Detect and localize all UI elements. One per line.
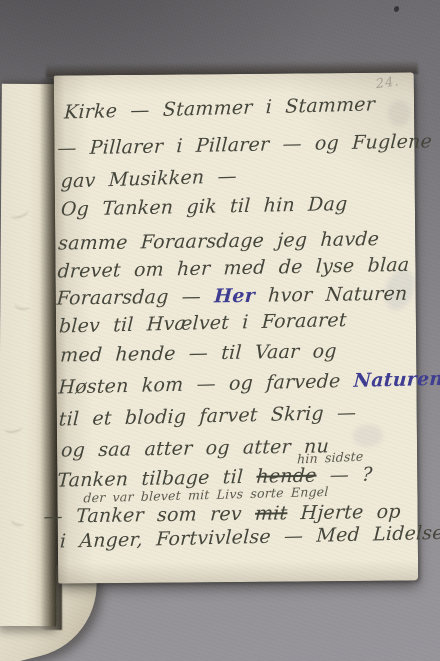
handwriting-segment: — Pillarer i Pillarer — og Fuglene	[57, 130, 433, 159]
manuscript-line: med hende — til Vaar og	[60, 340, 338, 366]
handwriting-segment: Høsten kom — og farvede	[58, 370, 354, 399]
handwriting-segment: og saa atter og atter nu	[60, 435, 329, 461]
manuscript-line: Høsten kom — og farvede Naturen	[58, 368, 440, 399]
handwriting-segment: Hjerte op	[287, 501, 402, 525]
handwriting-segment: Kirke — Stammer i Stammer	[64, 93, 376, 123]
photo-background: 24. Kirke — Stammer i Stammer— Pillarer …	[0, 0, 440, 661]
bleed-through-mark	[3, 421, 23, 434]
bleed-through-mark	[8, 203, 31, 220]
manuscript-line: — Pillarer i Pillarer — og Fuglene	[57, 130, 433, 159]
handwriting-segment: Naturen	[353, 368, 440, 392]
manuscript-line: Kirke — Stammer i Stammer	[64, 93, 376, 123]
handwriting-segment: mit	[254, 502, 288, 524]
manuscript-line: og saa atter og atter nu	[60, 435, 329, 461]
manuscript-text: Kirke — Stammer i Stammer— Pillarer i Pi…	[54, 72, 418, 583]
handwriting-segment: Og Tanken gik til hin Dag	[60, 193, 348, 221]
handwriting-segment: hvor Naturen	[254, 283, 408, 307]
handwriting-segment: med hende — til Vaar og	[60, 340, 338, 366]
handwriting-segment: til et blodig farvet Skrig —	[58, 402, 356, 431]
bleed-through-mark	[14, 299, 32, 312]
handwriting-segment: Foraarsdag —	[56, 285, 215, 309]
manuscript-line: Og Tanken gik til hin Dag	[60, 193, 348, 221]
handwriting-segment: samme Foraarsdage jeg havde	[58, 228, 380, 255]
right-page: 24. Kirke — Stammer i Stammer— Pillarer …	[54, 72, 418, 583]
manuscript-line: samme Foraarsdage jeg havde	[58, 228, 380, 255]
handwriting-segment: — Tanker som rev	[43, 503, 256, 528]
handwriting-segment: drevet om her med de lyse blaa	[57, 254, 410, 283]
manuscript-line: til et blodig farvet Skrig —	[58, 402, 356, 431]
handwriting-segment: gav Musikken —	[60, 165, 237, 192]
dust-speck	[393, 5, 400, 13]
handwriting-segment: Her	[214, 285, 256, 308]
handwriting-segment: blev til Hvælvet i Foraaret	[58, 309, 347, 338]
manuscript-line: gav Musikken —	[60, 165, 237, 192]
manuscript-line: Foraarsdag — Her hvor Naturen	[56, 283, 408, 310]
manuscript-line: blev til Hvælvet i Foraaret	[58, 309, 347, 338]
bleed-through-mark	[10, 514, 26, 528]
manuscript-line: drevet om her med de lyse blaa	[57, 254, 410, 283]
